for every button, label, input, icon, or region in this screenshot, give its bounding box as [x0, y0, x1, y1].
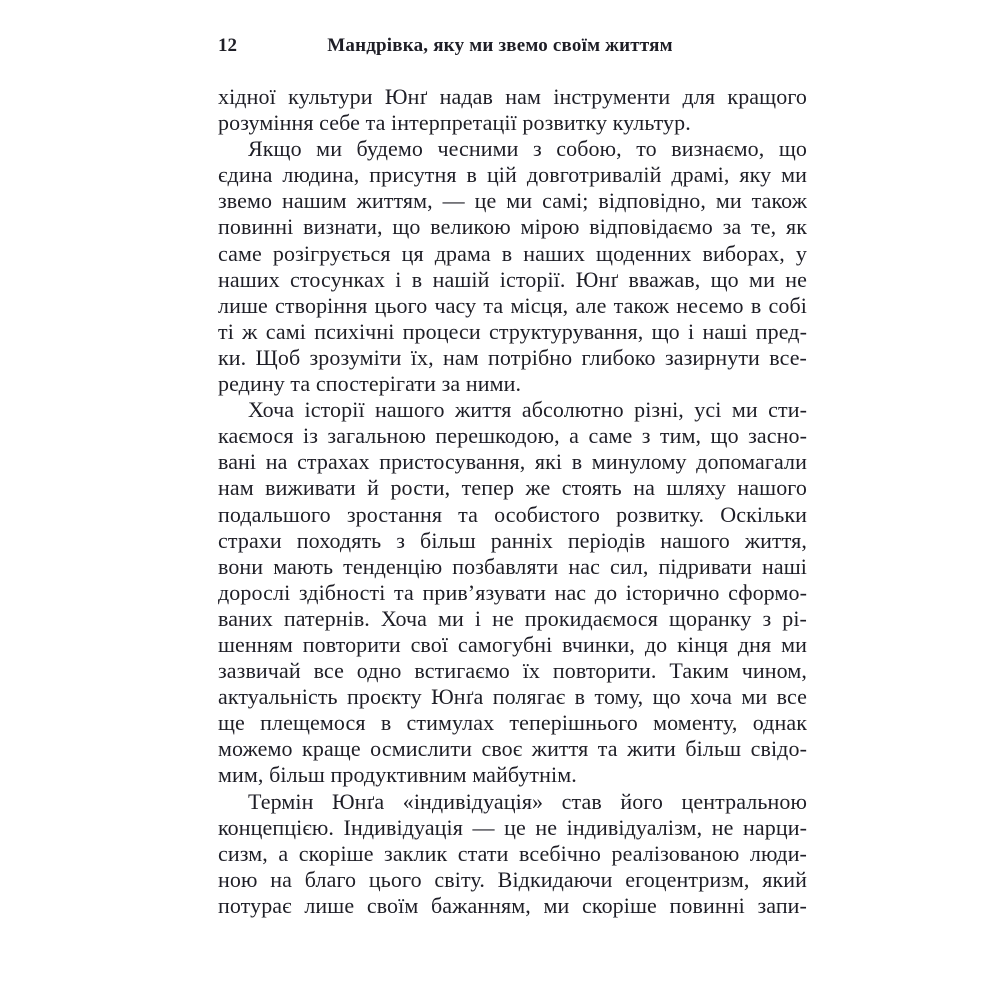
text-line: хідної культури Юнґ надав нам інструмент…: [218, 84, 807, 110]
text-line: Термін Юнґа «індивідуація» став його цен…: [218, 789, 807, 815]
page-number: 12: [218, 34, 237, 58]
paragraph: Якщо ми будемо чесними з собою, то визна…: [218, 136, 807, 397]
paragraph: Хоча історії нашого життя абсолютно різн…: [218, 397, 807, 788]
text-line: повинні визнати, що великою мірою відпов…: [218, 214, 807, 240]
text-line: єдина людина, присутня в цій довготривал…: [218, 162, 807, 188]
text-line: лише створіння цього часу та місця, але …: [218, 293, 807, 319]
text-line: саме розігрується ця драма в наших щоден…: [218, 241, 807, 267]
text-line: ною на благо цього світу. Відкидаючи его…: [218, 867, 807, 893]
book-page: 12 Мандрівка, яку ми звемо своїм життям …: [0, 0, 1000, 1000]
text-line: вони мають тенденцію позбавляти нас сил,…: [218, 554, 807, 580]
text-line: наших стосунках і в нашій історії. Юнґ в…: [218, 267, 807, 293]
paragraph: хідної культури Юнґ надав нам інструмент…: [218, 84, 807, 136]
running-title: Мандрівка, яку ми звемо своїм життям: [0, 34, 1000, 58]
text-line: нам виживати й рости, тепер же стоять на…: [218, 475, 807, 501]
text-line: дорослі здібності та прив’язувати нас до…: [218, 580, 807, 606]
text-line: ваних патернів. Хоча ми і не прокидаємос…: [218, 606, 807, 632]
paragraph: Термін Юнґа «індивідуація» став його цен…: [218, 789, 807, 919]
text-line: вані на страхах пристосування, які в мин…: [218, 449, 807, 475]
text-line: потурає лише своїм бажанням, ми скоріше …: [218, 893, 807, 919]
text-line: каємося із загальною перешкодою, а саме …: [218, 423, 807, 449]
text-line: ще плещемося в стимулах теперішнього мом…: [218, 710, 807, 736]
text-line: сизм, а скоріше заклик стати всебічно ре…: [218, 841, 807, 867]
text-line: можемо краще осмислити своє життя та жит…: [218, 736, 807, 762]
page-header: 12 Мандрівка, яку ми звемо своїм життям: [0, 34, 1000, 58]
body-text: хідної культури Юнґ надав нам інструмент…: [218, 84, 807, 919]
text-line: Якщо ми будемо чесними з собою, то визна…: [218, 136, 807, 162]
text-line: мим, більш продуктивним майбутнім.: [218, 762, 807, 788]
text-line: шенням повторити свої самогубні вчинки, …: [218, 632, 807, 658]
text-line: концепцією. Індивідуація — це не індивід…: [218, 815, 807, 841]
text-line: розуміння себе та інтерпретації розвитку…: [218, 110, 807, 136]
text-line: страхи походять з більш ранніх періодів …: [218, 528, 807, 554]
text-line: ті ж самі психічні процеси структуруванн…: [218, 319, 807, 345]
text-line: ки. Щоб зрозуміти їх, нам потрібно глибо…: [218, 345, 807, 371]
text-line: Хоча історії нашого життя абсолютно різн…: [218, 397, 807, 423]
text-line: редину та спостерігати за ними.: [218, 371, 807, 397]
text-line: подальшого зростання та особистого розви…: [218, 502, 807, 528]
text-line: звемо нашим життям, — це ми самі; відпов…: [218, 188, 807, 214]
text-line: актуальність проєкту Юнґа полягає в тому…: [218, 684, 807, 710]
text-line: зазвичай все одно встигаємо їх повторити…: [218, 658, 807, 684]
